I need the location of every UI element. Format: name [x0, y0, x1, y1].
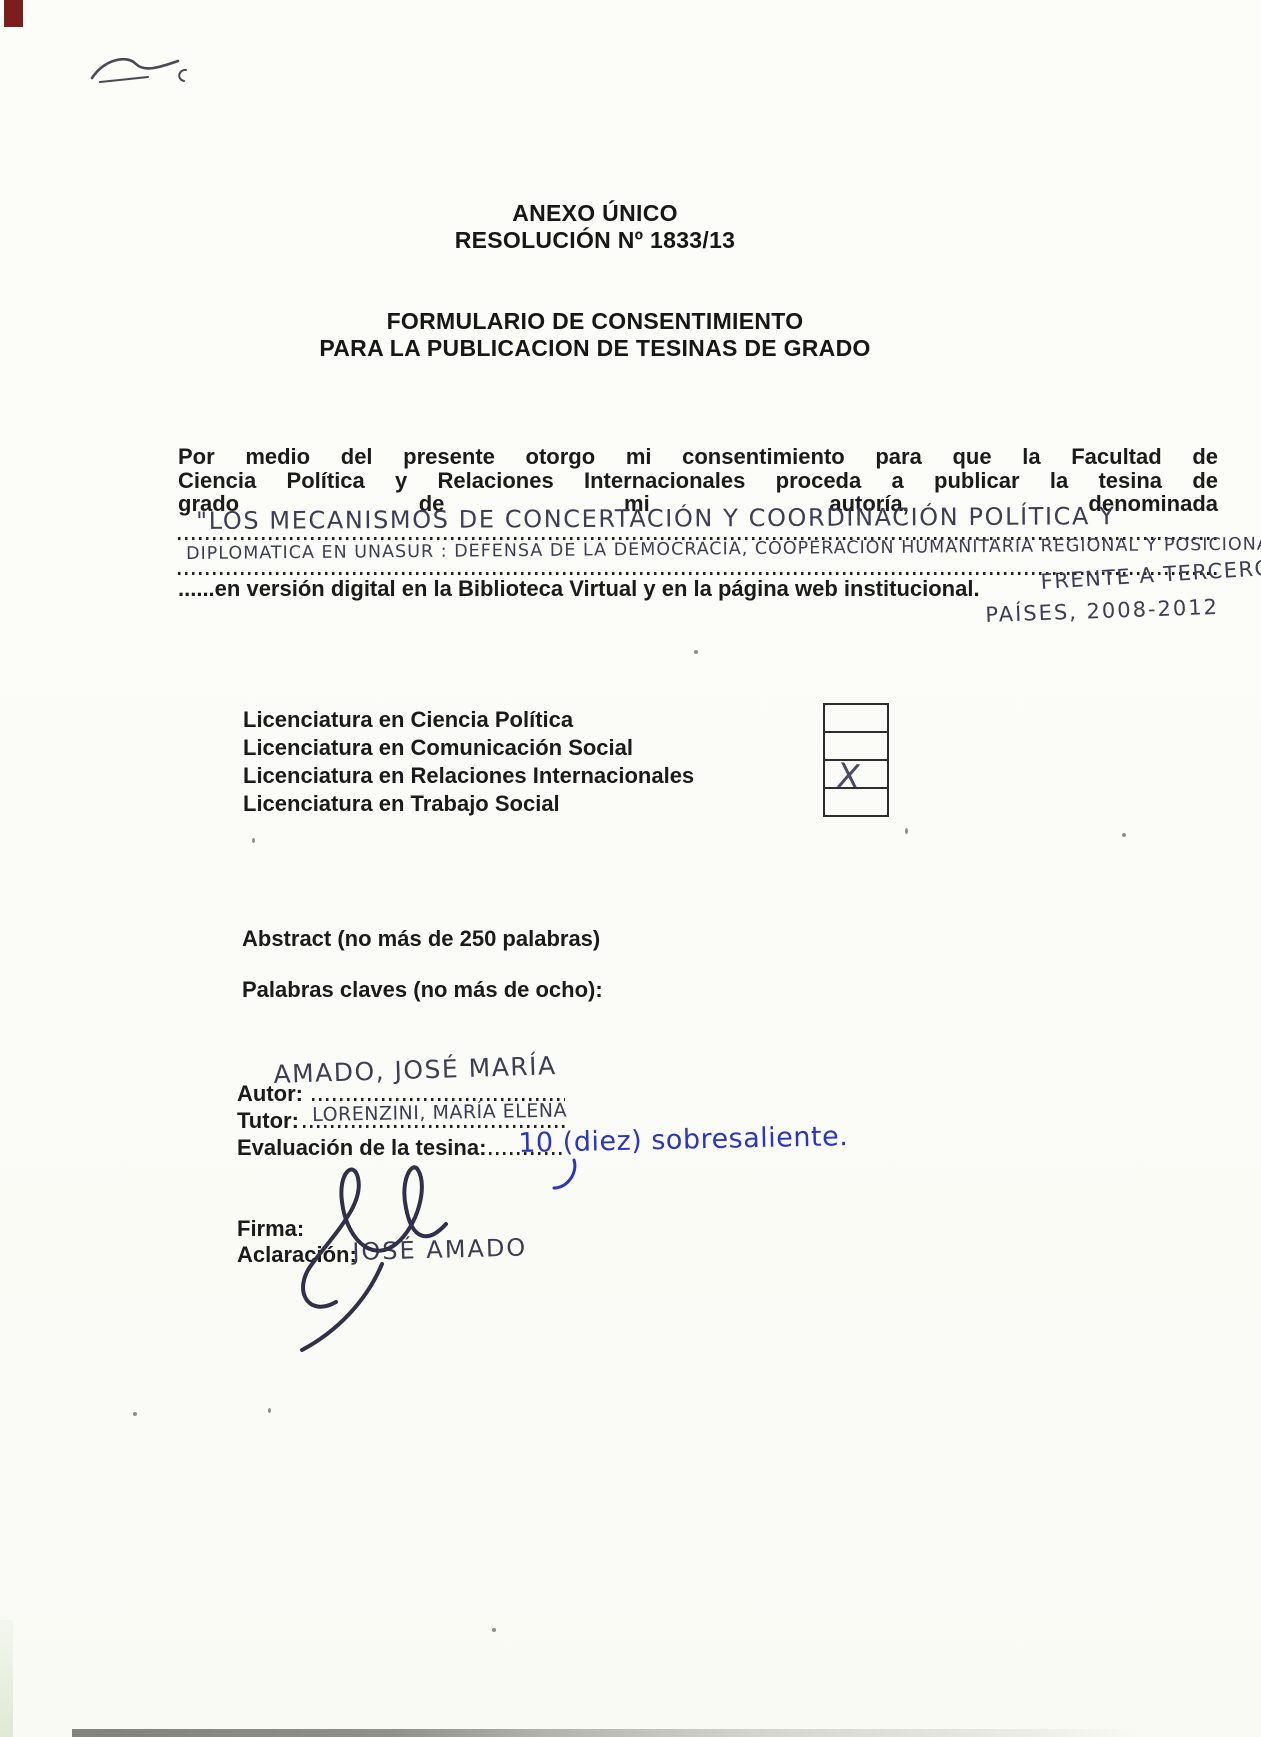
handwritten-thesis-title-line1: "LOS MECANISMOS DE CONCERTACIÓN Y COORDI… — [196, 502, 1116, 535]
scan-speck — [694, 650, 698, 654]
consent-closing-line: ......en versión digital en la Bibliotec… — [178, 576, 980, 602]
scan-speck — [133, 1412, 137, 1416]
scanned-consent-form-page: ANEXO ÚNICO RESOLUCIÓN Nº 1833/13 FORMUL… — [0, 0, 1261, 1737]
checkbox-cell-comunicacion-social — [825, 731, 887, 759]
form-title-block: FORMULARIO DE CONSENTIMIENTO PARA LA PUB… — [170, 308, 1020, 362]
degree-item-comunicacion-social: Licenciatura en Comunicación Social — [243, 735, 694, 763]
tutor-label: Tutor: — [237, 1108, 299, 1134]
annex-heading-block: ANEXO ÚNICO RESOLUCIÓN Nº 1833/13 — [170, 200, 1020, 254]
pen-scribble-mark — [86, 48, 190, 94]
scan-speck — [268, 1408, 271, 1413]
scan-speck — [492, 1628, 496, 1632]
degree-item-ciencia-politica: Licenciatura en Ciencia Política — [243, 707, 694, 735]
annex-title: ANEXO ÚNICO — [170, 200, 1020, 227]
scan-speck — [252, 838, 255, 843]
form-title-line1: FORMULARIO DE CONSENTIMIENTO — [170, 308, 1020, 335]
scan-speck — [905, 828, 908, 834]
abstract-label: Abstract (no más de 250 palabras) — [242, 926, 600, 952]
scan-artifact-corner-red — [4, 0, 23, 27]
consent-paragraph-line1: Por medio del presente otorgo mi consent… — [178, 445, 1218, 469]
degree-list: Licenciatura en Ciencia Política Licenci… — [243, 707, 694, 819]
handwritten-autor-value: AMADO, JOSÉ MARÍA — [273, 1051, 557, 1089]
handwritten-evaluacion-value: 10 (diez) sobresaliente. — [518, 1121, 849, 1159]
degree-item-trabajo-social: Licenciatura en Trabajo Social — [243, 791, 694, 819]
scan-speck — [1122, 833, 1126, 837]
form-title-line2: PARA LA PUBLICACION DE TESINAS DE GRADO — [170, 335, 1020, 362]
handwritten-margin-note-line1: FRENTE A TERCEROS — [1040, 555, 1261, 594]
checkbox-cell-relaciones-internacionales: X — [825, 759, 887, 787]
signature — [278, 1152, 488, 1357]
checkbox-cell-ciencia-politica — [825, 705, 887, 731]
degree-item-relaciones-internacionales: Licenciatura en Relaciones Internacional… — [243, 763, 694, 791]
resolution-number: RESOLUCIÓN Nº 1833/13 — [170, 227, 1020, 254]
scan-artifact-left-strip — [0, 1620, 13, 1737]
degree-checkbox-table: X — [823, 703, 889, 817]
blue-pen-stroke — [544, 1158, 580, 1192]
scan-artifact-bottom-bar — [72, 1729, 1140, 1737]
checkbox-cell-trabajo-social — [825, 787, 887, 815]
handwritten-tutor-value: LORENZINI, MARÍA ELENA — [312, 1100, 567, 1126]
consent-paragraph-line2: Ciencia Política y Relaciones Internacio… — [178, 469, 1218, 493]
handwritten-margin-note-line2: PAÍSES, 2008-2012 — [985, 595, 1219, 627]
keywords-label: Palabras claves (no más de ocho): — [242, 977, 603, 1003]
